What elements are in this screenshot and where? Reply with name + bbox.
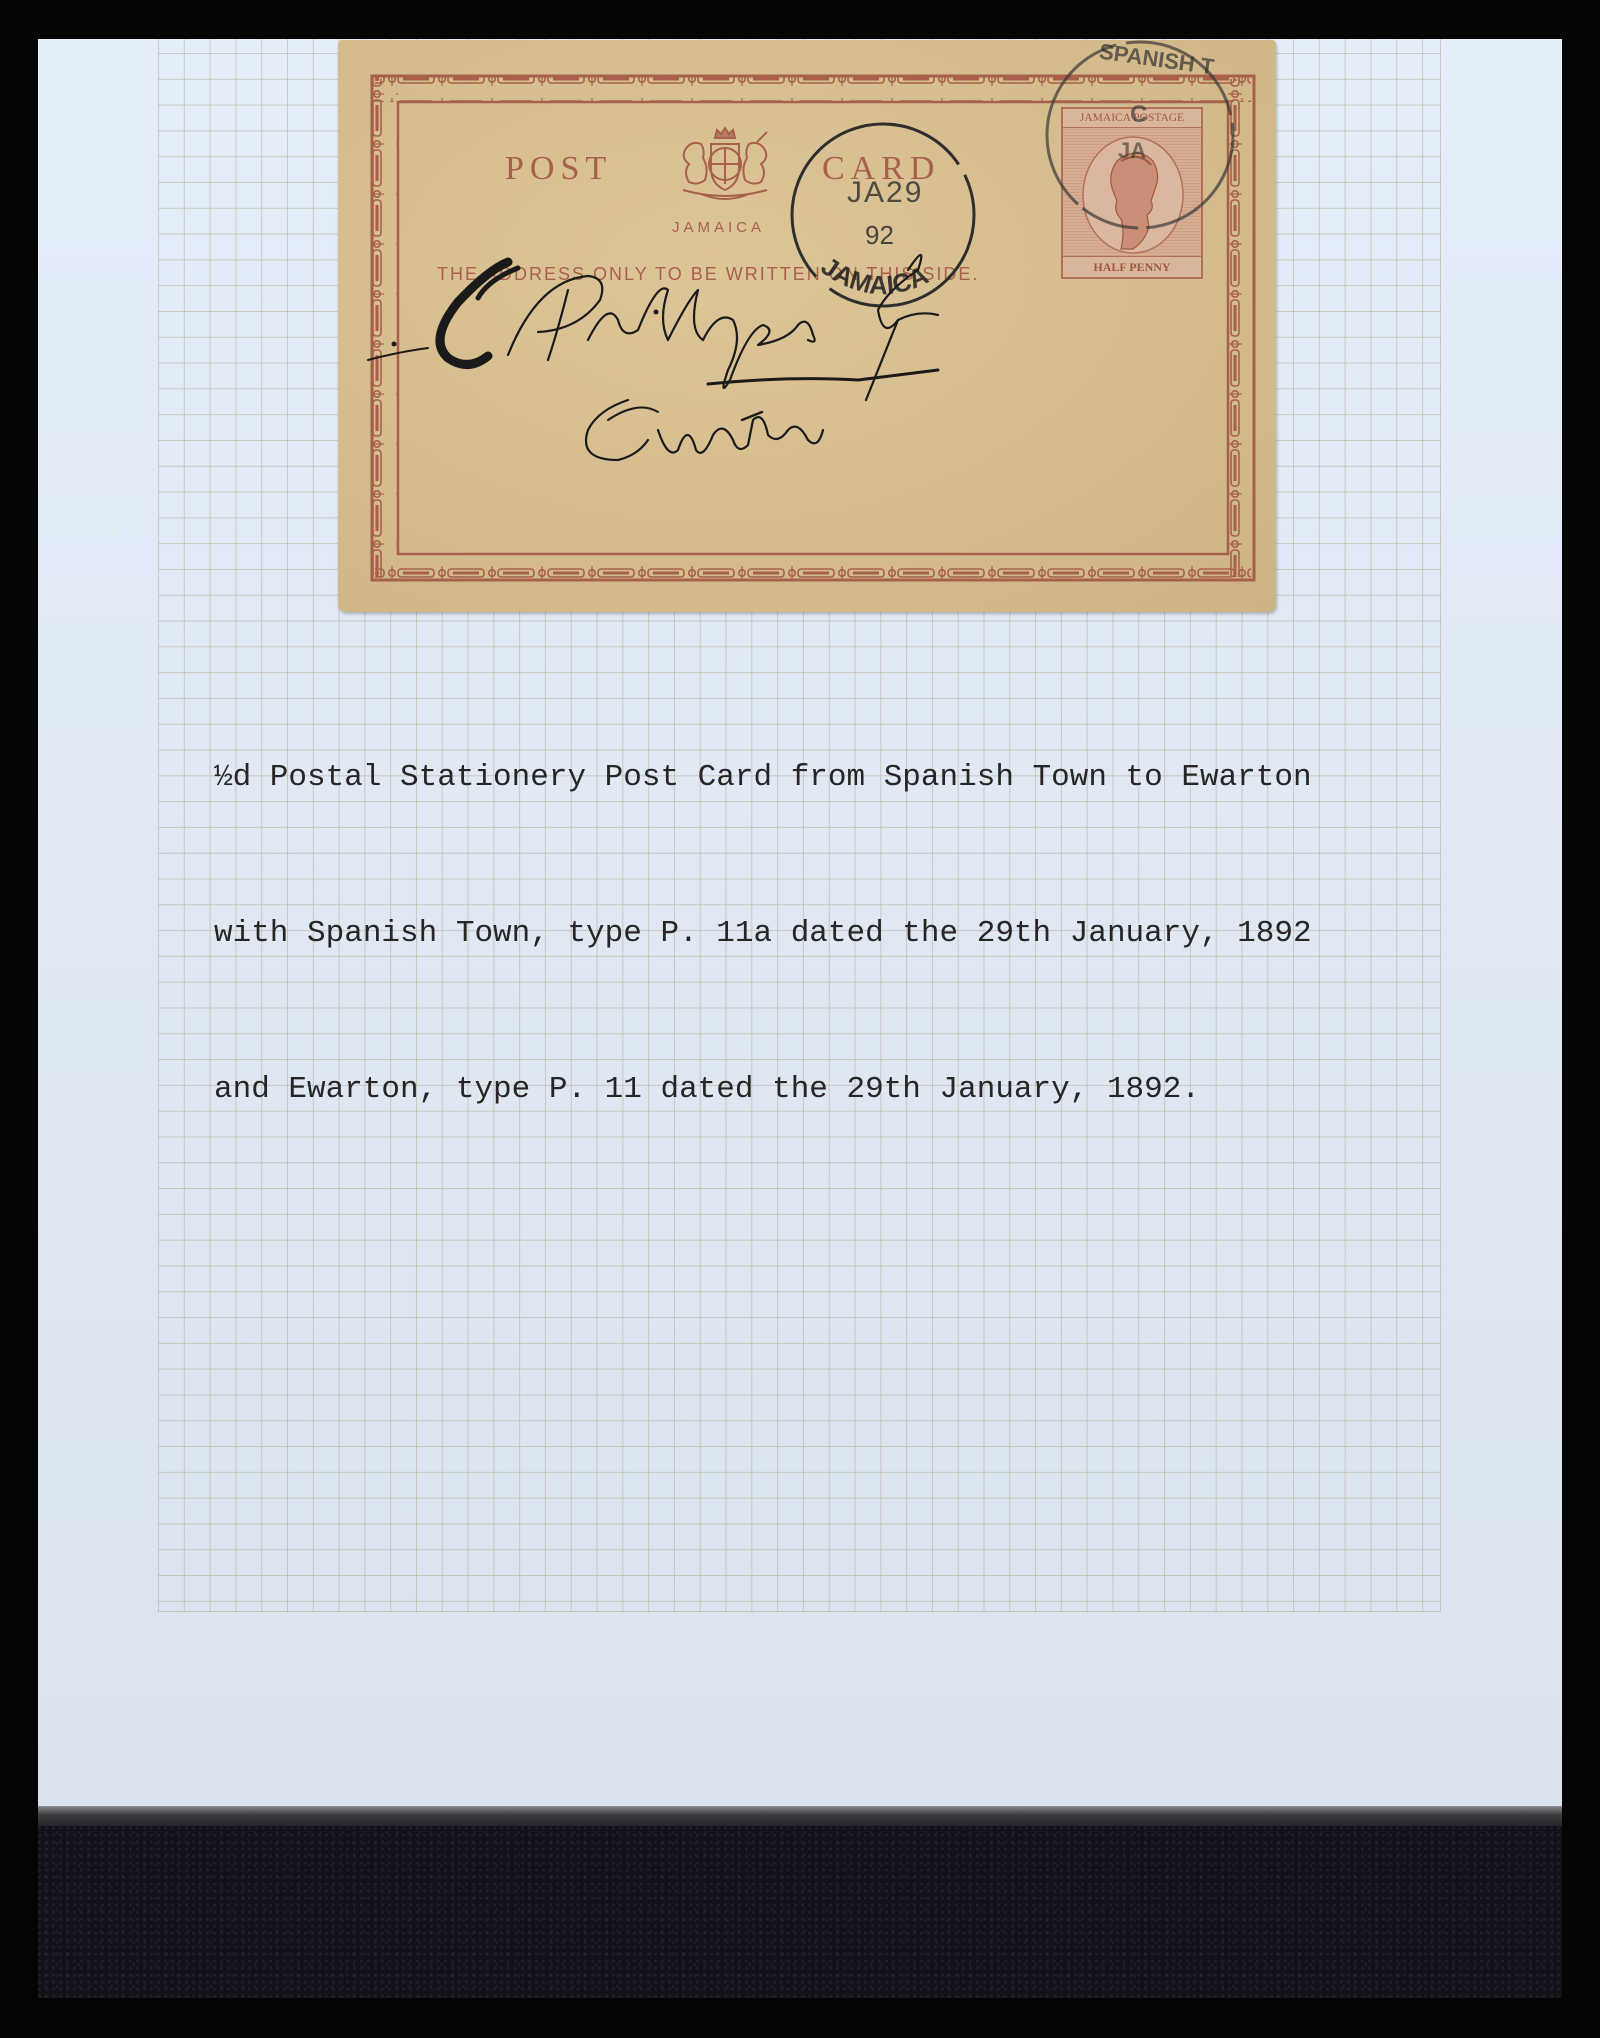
caption-line-3: and Ewarton, type P. 11 dated the 29th J… [214,1064,1464,1116]
handwritten-address [338,40,1276,612]
description-caption: ½d Postal Stationery Post Card from Span… [214,648,1464,1168]
caption-line-2: with Spanish Town, type P. 11a dated the… [214,908,1464,960]
page-edge-strip [38,1806,1562,1828]
postcard: POST CARD JAMAICA THE ADDRESS ONLY TO BE… [338,40,1276,612]
caption-line-1: ½d Postal Stationery Post Card from Span… [214,752,1464,804]
background-fabric [38,1826,1562,1998]
